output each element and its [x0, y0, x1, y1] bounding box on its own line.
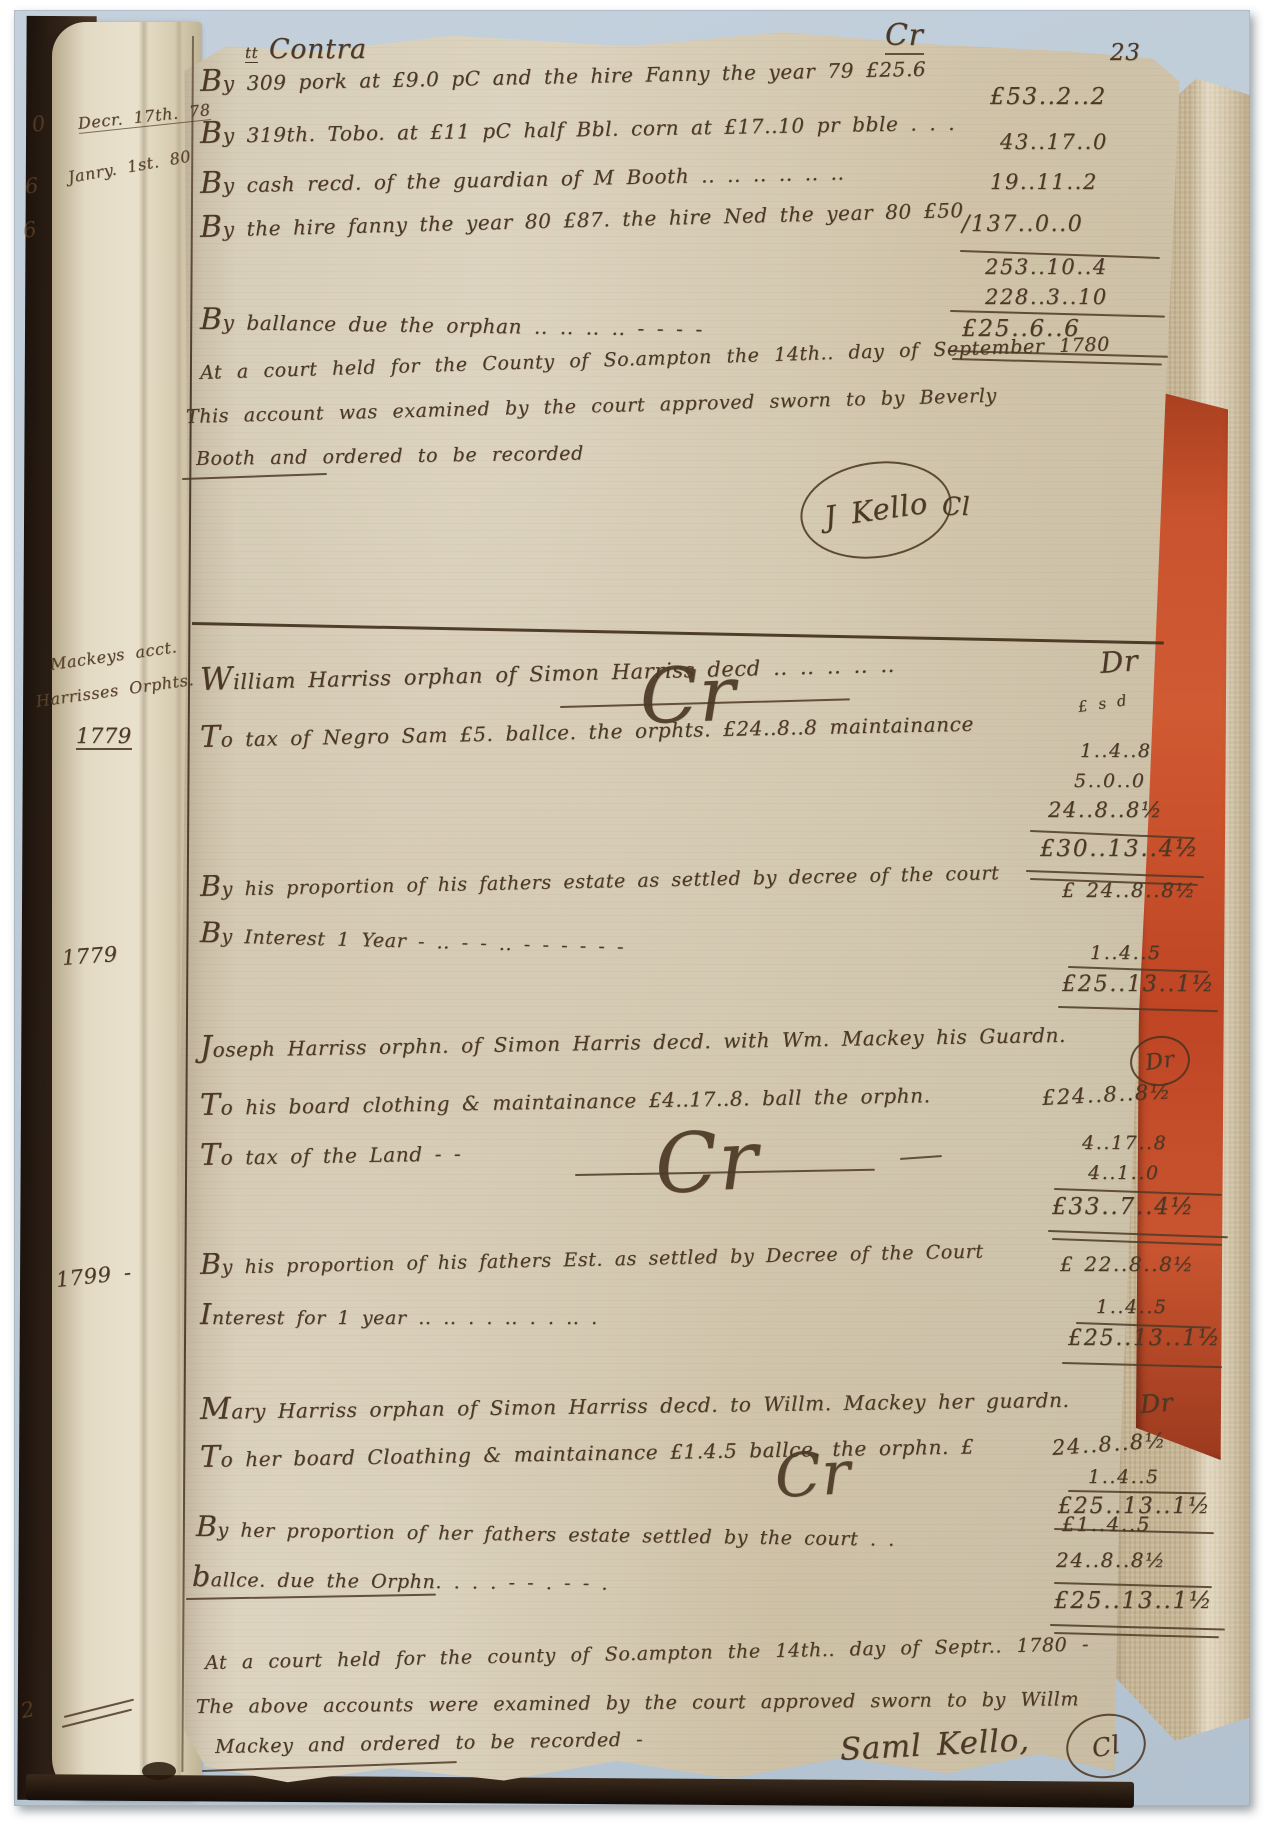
margin-year-1779: 1779 — [61, 942, 118, 970]
screenshot-frame: 0 6 6 2 tt Contra Cr 23 Decr. 17th. 78 J… — [0, 0, 1274, 1830]
william-amount-3: 24..8..8½ — [1048, 798, 1163, 822]
margin-label-year: 1779 — [76, 724, 132, 750]
subtotal-1: 253..10..4 — [985, 255, 1108, 279]
mary-by-total: £25..13..1½ — [1054, 1588, 1213, 1614]
page-gap-shadow — [142, 1762, 176, 1780]
joseph-to-row-2: To tax of the Land - - — [200, 1133, 462, 1173]
entry-amount-1: £53..2..2 — [990, 84, 1107, 110]
william-by-amount-1: £ 24..8..8½ — [1062, 878, 1196, 902]
joseph-by-amount-1: £ 22..8..8½ — [1060, 1252, 1194, 1276]
document-photo: 0 6 6 2 tt Contra Cr 23 Decr. 17th. 78 J… — [14, 10, 1250, 1806]
joseph-credit-flourish: Cr — [653, 1113, 761, 1213]
mary-by-row-2: ballce. due the Orphn. . . . - - . - - . — [192, 1560, 608, 1597]
william-amount-1: 1..4..8 — [1080, 740, 1152, 762]
mary-debit-mark: Dr — [1139, 1388, 1174, 1419]
mary-credit-flourish: Cr — [773, 1438, 852, 1512]
william-by-total: £25..13..1½ — [1062, 972, 1215, 997]
entry-amount-3: 19..11..2 — [990, 170, 1098, 194]
joseph-by-total: £25..13..1½ — [1068, 1326, 1221, 1351]
joseph-amount-2: 4..1..0 — [1088, 1162, 1160, 1184]
mary-amount-2: 1..4..5 — [1088, 1466, 1160, 1488]
clerk-title-2: Cl — [1090, 1729, 1123, 1762]
mary-by-amount-1: £1..4..5 — [1062, 1512, 1151, 1536]
william-by-amount-2: 1..4..5 — [1090, 942, 1162, 964]
william-amount-2: 5..0..0 — [1074, 770, 1146, 792]
joseph-by-row-2: Interest for 1 year .. .. . . .. . . .. … — [200, 1298, 598, 1331]
entry-amount-4: /137..0..0 — [962, 212, 1083, 237]
bleed-figure: 6 — [24, 173, 40, 198]
joseph-amount-1: 4..17..8 — [1082, 1132, 1167, 1154]
balance-row: By ballance due the orphan .. .. .. .. -… — [200, 302, 703, 344]
william-debit-mark: Dr — [1099, 643, 1140, 680]
clerk-title-1: Cl — [942, 492, 970, 521]
william-total: £30..13..4½ — [1040, 836, 1199, 862]
joseph-by-amount-2: 1..4..5 — [1096, 1296, 1168, 1318]
subtotal-2: 228..3..10 — [985, 285, 1108, 309]
clerk-signature-1: J Kello — [822, 486, 930, 534]
mary-by-amount-2: 24..8..8½ — [1056, 1548, 1166, 1572]
page-number: 23 — [1110, 40, 1140, 66]
joseph-debit-mark: Dr — [1144, 1047, 1177, 1076]
table-edge — [26, 1774, 1134, 1808]
previous-page-edges — [52, 22, 202, 1798]
entry-amount-2: 43..17..0 — [1000, 130, 1108, 154]
william-credit-flourish: Cr — [638, 649, 737, 741]
contra-prefix: tt — [245, 44, 258, 63]
joseph-total: £33..7..4½ — [1052, 1194, 1195, 1220]
